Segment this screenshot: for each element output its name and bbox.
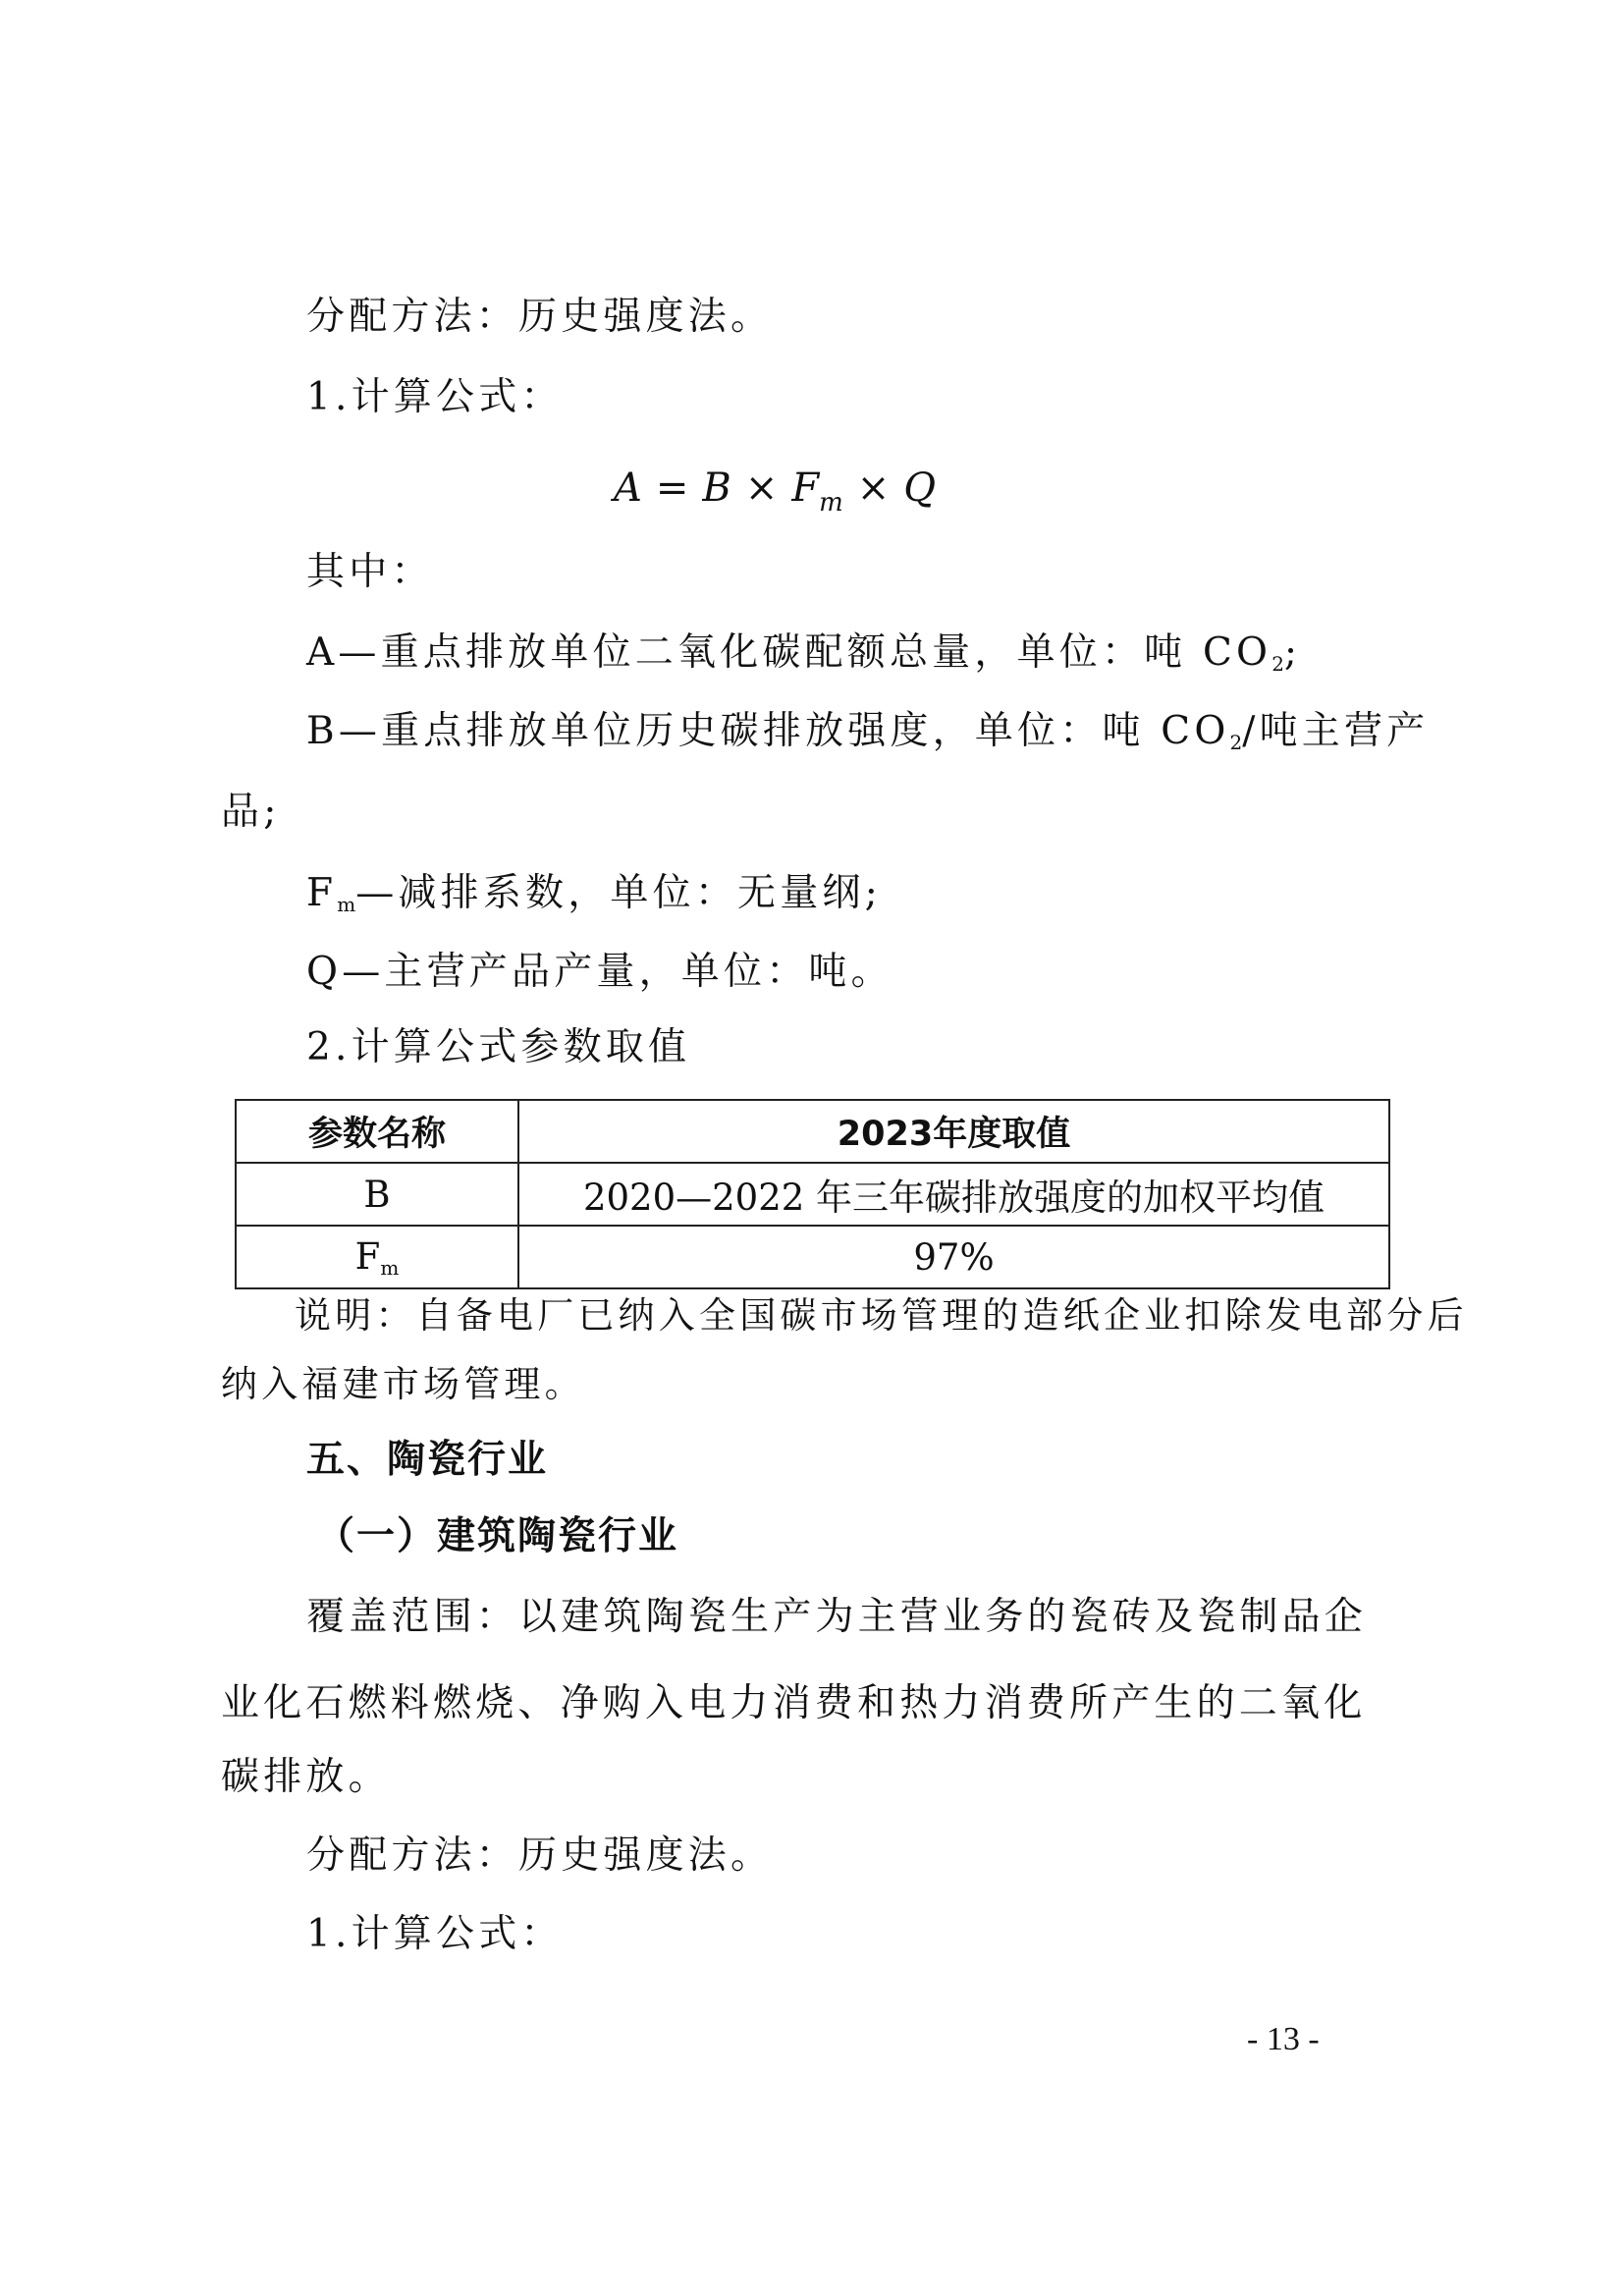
formula-q: Q — [903, 465, 936, 511]
formula-times-2: × — [857, 465, 891, 511]
def-fm-subscript: m — [337, 893, 355, 916]
formula-m-subscript: m — [819, 488, 843, 518]
def-q-text: —主营产品产量，单位：吨。 — [342, 950, 893, 994]
header-param-name: 参数名称 — [236, 1100, 518, 1163]
param-value-cell: 97% — [518, 1226, 1389, 1288]
section-title: 五、陶瓷行业 — [0, 1431, 1623, 1490]
coverage-line-3: 碳排放。 — [0, 1748, 1623, 1807]
formula-equals: = — [656, 465, 689, 511]
param-name-cell: B — [236, 1163, 518, 1226]
def-a-tail: ; — [1284, 630, 1301, 675]
formula-b: B — [702, 465, 730, 511]
allocation-method-line-2: 分配方法：历史强度法。 — [0, 1827, 1623, 1886]
parameter-table: 参数名称 2023年度取值 B 2020—2022 年三年碳排放强度的加权平均值… — [235, 1099, 1390, 1289]
formula-times-1: × — [745, 465, 779, 511]
def-fm-symbol: F — [306, 871, 337, 915]
table-row: Fm 97% — [236, 1226, 1389, 1288]
param-name-subscript: m — [380, 1256, 399, 1280]
def-b-symbol: B — [306, 709, 339, 753]
header-2023-value: 2023年度取值 — [518, 1100, 1389, 1163]
where-label: 其中： — [0, 543, 1623, 602]
parameter-heading: 2.计算公式参数取值 — [0, 1018, 1623, 1077]
def-b-tail: /吨主营产 — [1242, 709, 1429, 753]
formula-a: A — [614, 465, 642, 511]
formula-f: F — [791, 465, 819, 511]
definition-a: A—重点排放单位二氧化碳配额总量，单位：吨 CO2; — [0, 624, 1623, 683]
calc-formula-heading-2: 1.计算公式： — [0, 1905, 1623, 1964]
coverage-line-1: 覆盖范围：以建筑陶瓷生产为主营业务的瓷砖及瓷制品企 — [0, 1588, 1623, 1647]
param-name-cell: Fm — [236, 1226, 518, 1288]
table-header-row: 参数名称 2023年度取值 — [236, 1100, 1389, 1163]
coverage-line-2: 业化石燃料燃烧、净购入电力消费和热力消费所产生的二氧化 — [0, 1674, 1623, 1733]
definition-fm: Fm—减排系数，单位：无量纲; — [0, 864, 1623, 923]
def-a-subscript: 2 — [1271, 652, 1284, 676]
definition-b-continued: 品; — [0, 783, 1623, 842]
note-line-2: 纳入福建市场管理。 — [0, 1355, 1623, 1414]
allocation-method-line: 分配方法：历史强度法。 — [0, 288, 1623, 347]
param-value-cell: 2020—2022 年三年碳排放强度的加权平均值 — [518, 1163, 1389, 1226]
table-row: B 2020—2022 年三年碳排放强度的加权平均值 — [236, 1163, 1389, 1226]
calc-formula-heading: 1.计算公式： — [0, 368, 1623, 427]
page-number: - 13 - — [1247, 2015, 1320, 2064]
def-a-text: —重点排放单位二氧化碳配额总量，单位：吨 CO — [338, 630, 1271, 675]
param-name: F — [355, 1235, 381, 1278]
param-name: B — [363, 1174, 390, 1216]
def-q-symbol: Q — [306, 950, 342, 994]
def-b-subscript: 2 — [1230, 731, 1243, 754]
def-a-symbol: A — [306, 630, 338, 675]
def-b-text: —重点排放单位历史碳排放强度，单位：吨 CO — [339, 709, 1230, 753]
def-fm-text: —减排系数，单位：无量纲; — [355, 871, 882, 915]
definition-q: Q—主营产品产量，单位：吨。 — [0, 943, 1623, 1002]
subsection-title: （一）建筑陶瓷行业 — [0, 1507, 1623, 1566]
note-line-1: 说明：自备电厂已纳入全国碳市场管理的造纸企业扣除发电部分后 — [0, 1286, 1623, 1345]
definition-b: B—重点排放单位历史碳排放强度，单位：吨 CO2/吨主营产 — [0, 702, 1623, 761]
formula: A=B×Fm×Q — [614, 459, 936, 518]
